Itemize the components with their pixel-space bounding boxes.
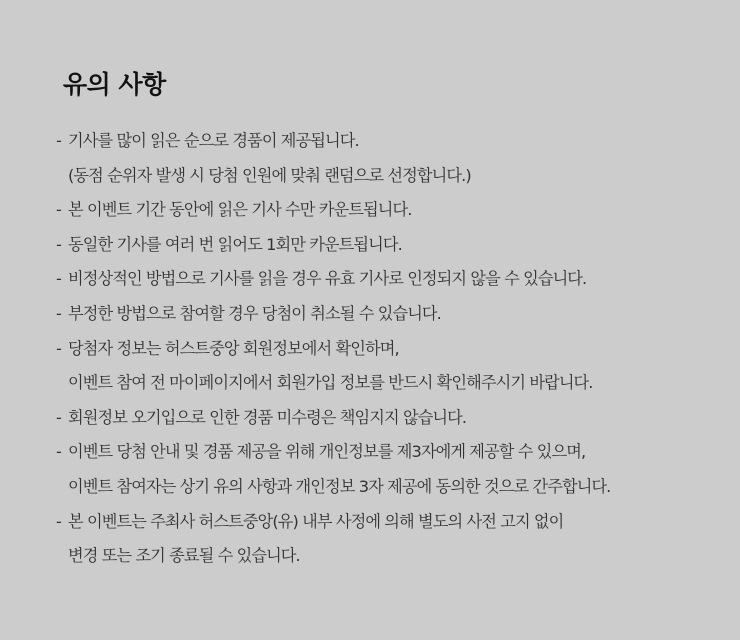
notice-item: - 당첨자 정보는 허스트중앙 회원정보에서 확인하며, 이벤트 참여 전 마이… xyxy=(56,332,726,401)
bullet-dash: - xyxy=(56,332,61,367)
notice-item: - 회원정보 오기입으로 인한 경품 미수령은 책임지지 않습니다. xyxy=(56,401,726,436)
bullet-dash: - xyxy=(56,262,61,297)
bullet-dash: - xyxy=(56,297,61,332)
bullet-dash: - xyxy=(56,505,61,540)
notice-item: - 비정상적인 방법으로 기사를 읽을 경우 유효 기사로 인정되지 않을 수 … xyxy=(56,262,726,297)
notice-text: 당첨자 정보는 허스트중앙 회원정보에서 확인하며, xyxy=(68,332,726,367)
bullet-dash: - xyxy=(56,124,61,159)
notice-text: (동점 순위자 발생 시 당첨 인원에 맞춰 랜덤으로 선정합니다.) xyxy=(68,159,726,194)
notice-item: - 본 이벤트 기간 동안에 읽은 기사 수만 카운트됩니다. xyxy=(56,193,726,228)
notice-item: - 동일한 기사를 여러 번 읽어도 1회만 카운트됩니다. xyxy=(56,228,726,263)
bullet-dash: - xyxy=(56,401,61,436)
notice-text: 이벤트 참여자는 상기 유의 사항과 개인정보 3자 제공에 동의한 것으로 간… xyxy=(68,470,726,505)
notice-list: - 기사를 많이 읽은 순으로 경품이 제공됩니다. (동점 순위자 발생 시 … xyxy=(56,124,726,574)
notice-text: 회원정보 오기입으로 인한 경품 미수령은 책임지지 않습니다. xyxy=(68,401,726,436)
notice-section: 유의 사항 - 기사를 많이 읽은 순으로 경품이 제공됩니다. (동점 순위자… xyxy=(0,0,740,640)
notice-text: 이벤트 당첨 안내 및 경품 제공을 위해 개인정보를 제3자에게 제공할 수 … xyxy=(68,435,726,470)
notice-title: 유의 사항 xyxy=(63,68,166,102)
notice-text: 본 이벤트는 주최사 허스트중앙(유) 내부 사정에 의해 별도의 사전 고지 … xyxy=(68,505,726,540)
notice-text: 이벤트 참여 전 마이페이지에서 회원가입 정보를 반드시 확인해주시기 바랍니… xyxy=(68,366,726,401)
notice-text: 변경 또는 조기 종료될 수 있습니다. xyxy=(68,539,726,574)
notice-text: 부정한 방법으로 참여할 경우 당첨이 취소될 수 있습니다. xyxy=(68,297,726,332)
notice-text: 비정상적인 방법으로 기사를 읽을 경우 유효 기사로 인정되지 않을 수 있습… xyxy=(68,262,726,297)
notice-item: - 기사를 많이 읽은 순으로 경품이 제공됩니다. (동점 순위자 발생 시 … xyxy=(56,124,726,193)
notice-item: - 본 이벤트는 주최사 허스트중앙(유) 내부 사정에 의해 별도의 사전 고… xyxy=(56,505,726,574)
notice-item: - 부정한 방법으로 참여할 경우 당첨이 취소될 수 있습니다. xyxy=(56,297,726,332)
bullet-dash: - xyxy=(56,228,61,263)
notice-text: 본 이벤트 기간 동안에 읽은 기사 수만 카운트됩니다. xyxy=(68,193,726,228)
notice-item: - 이벤트 당첨 안내 및 경품 제공을 위해 개인정보를 제3자에게 제공할 … xyxy=(56,435,726,504)
notice-text: 기사를 많이 읽은 순으로 경품이 제공됩니다. xyxy=(68,124,726,159)
notice-text: 동일한 기사를 여러 번 읽어도 1회만 카운트됩니다. xyxy=(68,228,726,263)
bullet-dash: - xyxy=(56,435,61,470)
bullet-dash: - xyxy=(56,193,61,228)
